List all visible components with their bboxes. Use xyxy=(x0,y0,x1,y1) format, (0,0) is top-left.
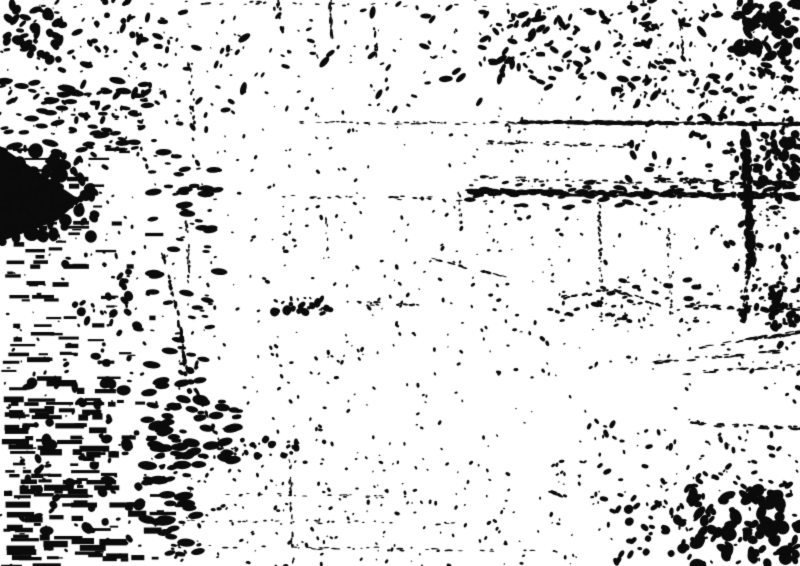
grunge-texture xyxy=(0,0,800,566)
grunge-texture-canvas xyxy=(0,0,800,566)
